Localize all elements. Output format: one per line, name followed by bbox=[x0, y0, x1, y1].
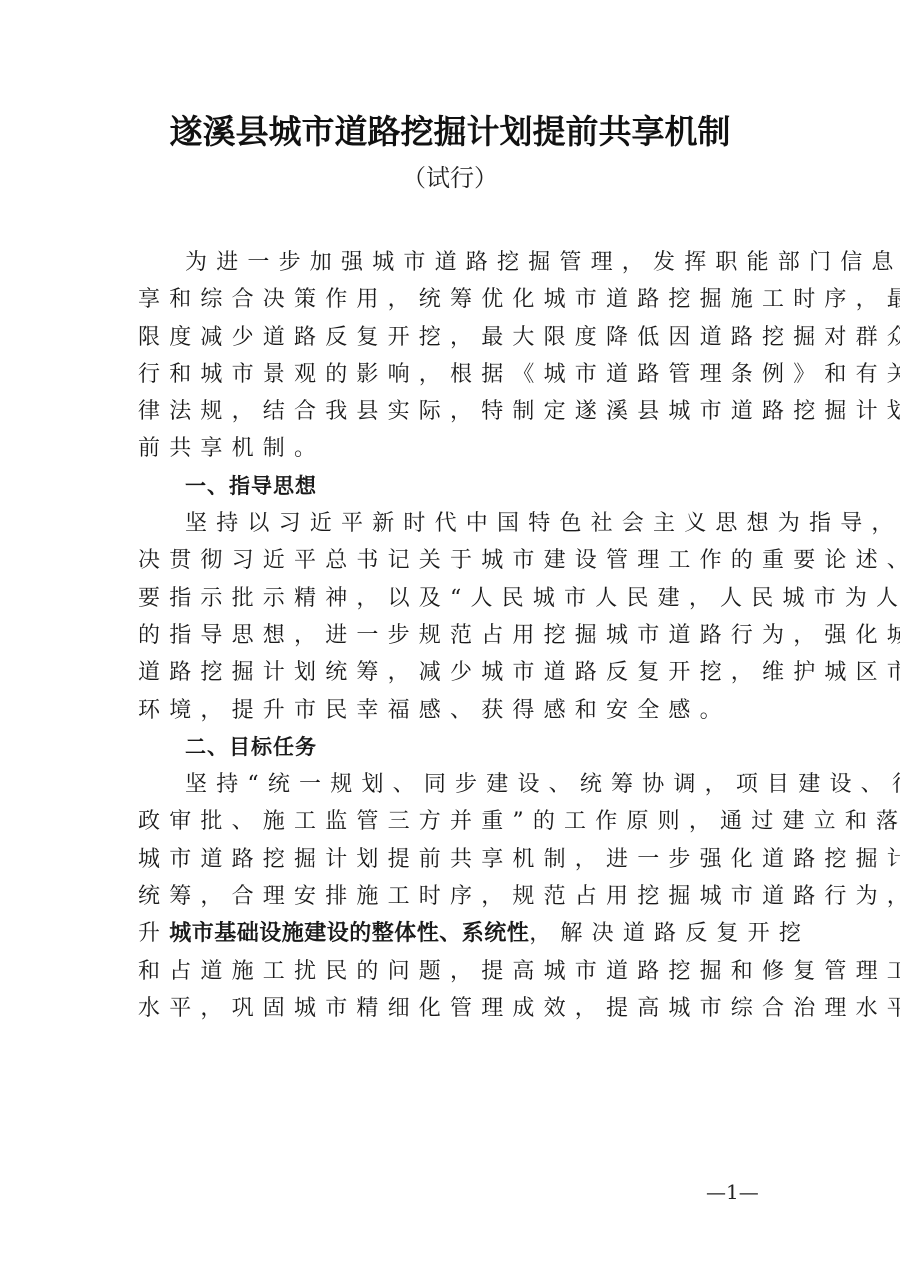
paragraph-line: 环境，提升市民幸福感、获得感和安全感。 bbox=[138, 692, 763, 729]
document-subtitle: （试行） bbox=[0, 158, 900, 193]
paragraph-line: 决贯彻习近平总书记关于城市建设管理工作的重要论述、重 bbox=[138, 542, 763, 579]
paragraph-line: 的指导思想，进一步规范占用挖掘城市道路行为，强化城市 bbox=[138, 617, 763, 654]
paragraph-line: 城市道路挖掘计划提前共享机制，进一步强化道路挖掘计划 bbox=[138, 841, 763, 878]
document-body: 为进一步加强城市道路挖掘管理，发挥职能部门信息共 享和综合决策作用，统筹优化城市… bbox=[138, 244, 763, 1027]
section-heading-guiding-thought: 一、指导思想 bbox=[138, 468, 763, 505]
paragraph-line: 政审批、施工监管三方并重”的工作原则，通过建立和落实 bbox=[138, 803, 763, 840]
text-run: ，解决道路反复开挖 bbox=[529, 921, 810, 946]
emphasized-text-run: 城市基础设施建设的整体性、系统性 bbox=[169, 921, 529, 946]
paragraph-line: 坚持“统一规划、同步建设、统筹协调，项目建设、行 bbox=[138, 766, 763, 803]
paragraph-line: 限度减少道路反复开挖，最大限度降低因道路挖掘对群众出 bbox=[138, 319, 763, 356]
page-number: —1— bbox=[706, 1180, 759, 1204]
paragraph-line: 统筹，合理安排施工时序，规范占用挖掘城市道路行为，提 bbox=[138, 878, 763, 915]
paragraph-line: 行和城市景观的影响，根据《城市道路管理条例》和有关法 bbox=[138, 356, 763, 393]
paragraph-line-mixed: 升城市基础设施建设的整体性、系统性，解决道路反复开挖 bbox=[138, 915, 763, 952]
paragraph-line: 律法规，结合我县实际，特制定遂溪县城市道路挖掘计划提 bbox=[138, 393, 763, 430]
paragraph-line: 道路挖掘计划统筹，减少城市道路反复开挖，维护城区市容 bbox=[138, 654, 763, 691]
document-title: 遂溪县城市道路挖掘计划提前共享机制 bbox=[0, 106, 900, 153]
paragraph-line: 水平，巩固城市精细化管理成效，提高城市综合治理水平。 bbox=[138, 990, 763, 1027]
text-run: 升 bbox=[138, 921, 169, 946]
paragraph-line: 坚持以习近平新时代中国特色社会主义思想为指导，坚 bbox=[138, 505, 763, 542]
paragraph-line: 和占道施工扰民的问题，提高城市道路挖掘和修复管理工作 bbox=[138, 953, 763, 990]
paragraph-line: 享和综合决策作用，统筹优化城市道路挖掘施工时序，最大 bbox=[138, 281, 763, 318]
paragraph-line: 为进一步加强城市道路挖掘管理，发挥职能部门信息共 bbox=[138, 244, 763, 281]
paragraph-line: 前共享机制。 bbox=[138, 430, 763, 467]
section-heading-goals-tasks: 二、目标任务 bbox=[138, 729, 763, 766]
document-page: 遂溪县城市道路挖掘计划提前共享机制 （试行） 为进一步加强城市道路挖掘管理，发挥… bbox=[0, 0, 900, 1272]
paragraph-line: 要指示批示精神，以及“人民城市人民建，人民城市为人民” bbox=[138, 580, 763, 617]
